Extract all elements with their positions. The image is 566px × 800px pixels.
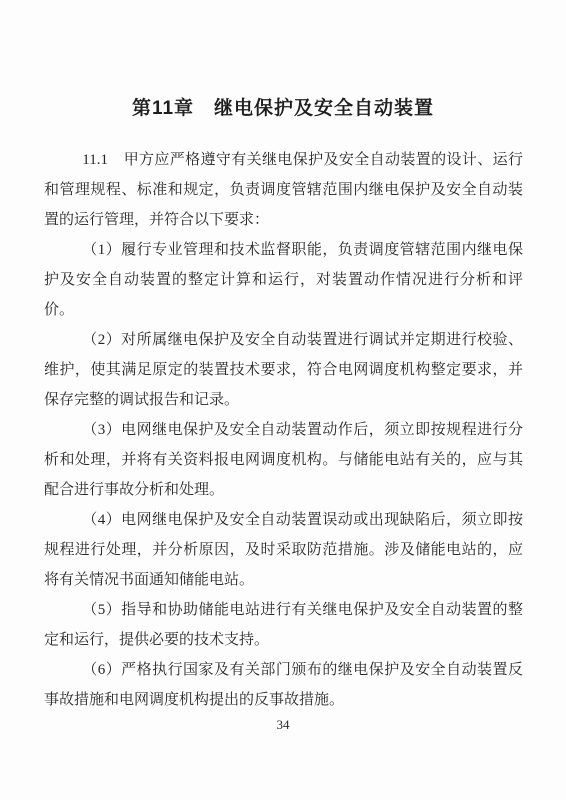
document-body: 11.1 甲方应严格遵守有关继电保护及安全自动装置的设计、运行和管理规程、标准和… xyxy=(44,145,523,715)
page-number: 34 xyxy=(0,717,566,733)
paragraph-item-2: （2）对所属继电保护及安全自动装置进行调试并定期进行校验、维护，使其满足原定的装… xyxy=(44,325,523,415)
document-page: 第11章 继电保护及安全自动装置 11.1 甲方应严格遵守有关继电保护及安全自动… xyxy=(0,0,566,800)
paragraph-11-1: 11.1 甲方应严格遵守有关继电保护及安全自动装置的设计、运行和管理规程、标准和… xyxy=(44,145,523,235)
paragraph-item-5: （5）指导和协助储能电站进行有关继电保护及安全自动装置的整定和运行，提供必要的技… xyxy=(44,595,523,655)
chapter-title: 第11章 继电保护及安全自动装置 xyxy=(0,0,566,120)
paragraph-item-3: （3）电网继电保护及安全自动装置动作后，须立即按规程进行分析和处理，并将有关资料… xyxy=(44,415,523,505)
paragraph-item-6: （6）严格执行国家及有关部门颁布的继电保护及安全自动装置反事故措施和电网调度机构… xyxy=(44,655,523,715)
paragraph-item-1: （1）履行专业管理和技术监督职能，负责调度管辖范围内继电保护及安全自动装置的整定… xyxy=(44,235,523,325)
paragraph-item-4: （4）电网继电保护及安全自动装置误动或出现缺陷后，须立即按规程进行处理，并分析原… xyxy=(44,505,523,595)
